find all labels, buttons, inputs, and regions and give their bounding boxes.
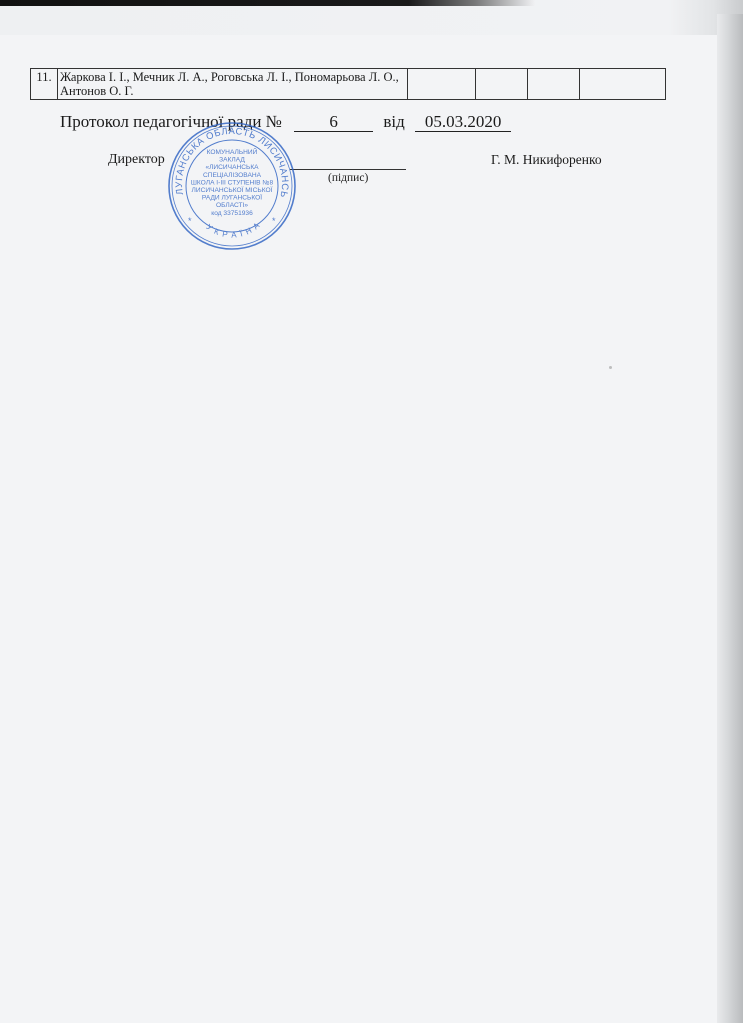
svg-text:ШКОЛА І-ІІІ СТУПЕНІВ №8: ШКОЛА І-ІІІ СТУПЕНІВ №8 xyxy=(191,179,274,186)
svg-text:«ЛИСИЧАНСЬКА: «ЛИСИЧАНСЬКА xyxy=(205,164,259,171)
svg-text:код 33751936: код 33751936 xyxy=(211,210,253,217)
official-stamp: ЛУГАНСЬКА ОБЛАСТЬ ЛИСИЧАНСЬК У К Р А Ї Н… xyxy=(166,120,298,252)
protocol-number: 6 xyxy=(294,113,373,132)
table-cell xyxy=(476,69,528,100)
table-cell xyxy=(580,69,666,100)
scan-shadow-top xyxy=(0,0,743,6)
table-row: 11. Жаркова І. І., Мечник Л. А., Роговсь… xyxy=(31,69,666,100)
svg-text:ЗАКЛАД: ЗАКЛАД xyxy=(219,157,245,164)
row-number: 11. xyxy=(31,69,58,100)
signature-caption: (підпис) xyxy=(328,172,368,184)
protocol-date: 05.03.2020 xyxy=(415,113,511,132)
table-cell xyxy=(408,69,476,100)
row-names: Жаркова І. І., Мечник Л. А., Роговська Л… xyxy=(58,69,408,100)
protocol-date-label: від xyxy=(383,112,404,131)
svg-text:*: * xyxy=(272,216,276,226)
voting-table: 11. Жаркова І. І., Мечник Л. А., Роговсь… xyxy=(30,68,666,100)
stamp-center-text: КОМУНАЛЬНИЙЗАКЛАД«ЛИСИЧАНСЬКАСПЕЦІАЛІЗОВ… xyxy=(191,147,274,217)
scan-speck xyxy=(609,366,612,369)
svg-text:ЛИСИЧАНСЬКОЇ МІСЬКОЇ: ЛИСИЧАНСЬКОЇ МІСЬКОЇ xyxy=(192,186,273,194)
table-cell xyxy=(528,69,580,100)
director-name: Г. М. Никифоренко xyxy=(491,152,602,168)
svg-text:РАДИ ЛУГАНСЬКОЇ: РАДИ ЛУГАНСЬКОЇ xyxy=(202,194,262,202)
svg-text:*: * xyxy=(188,216,192,226)
director-label: Директор xyxy=(108,152,165,168)
svg-text:ОБЛАСТІ»: ОБЛАСТІ» xyxy=(216,202,248,209)
scan-shadow-right xyxy=(717,14,743,1023)
signature-line xyxy=(290,169,406,170)
svg-text:КОМУНАЛЬНИЙ: КОМУНАЛЬНИЙ xyxy=(207,147,258,156)
stamp-bottom-text: У К Р А Ї Н А xyxy=(205,220,262,239)
svg-text:СПЕЦІАЛІЗОВАНА: СПЕЦІАЛІЗОВАНА xyxy=(203,172,262,179)
